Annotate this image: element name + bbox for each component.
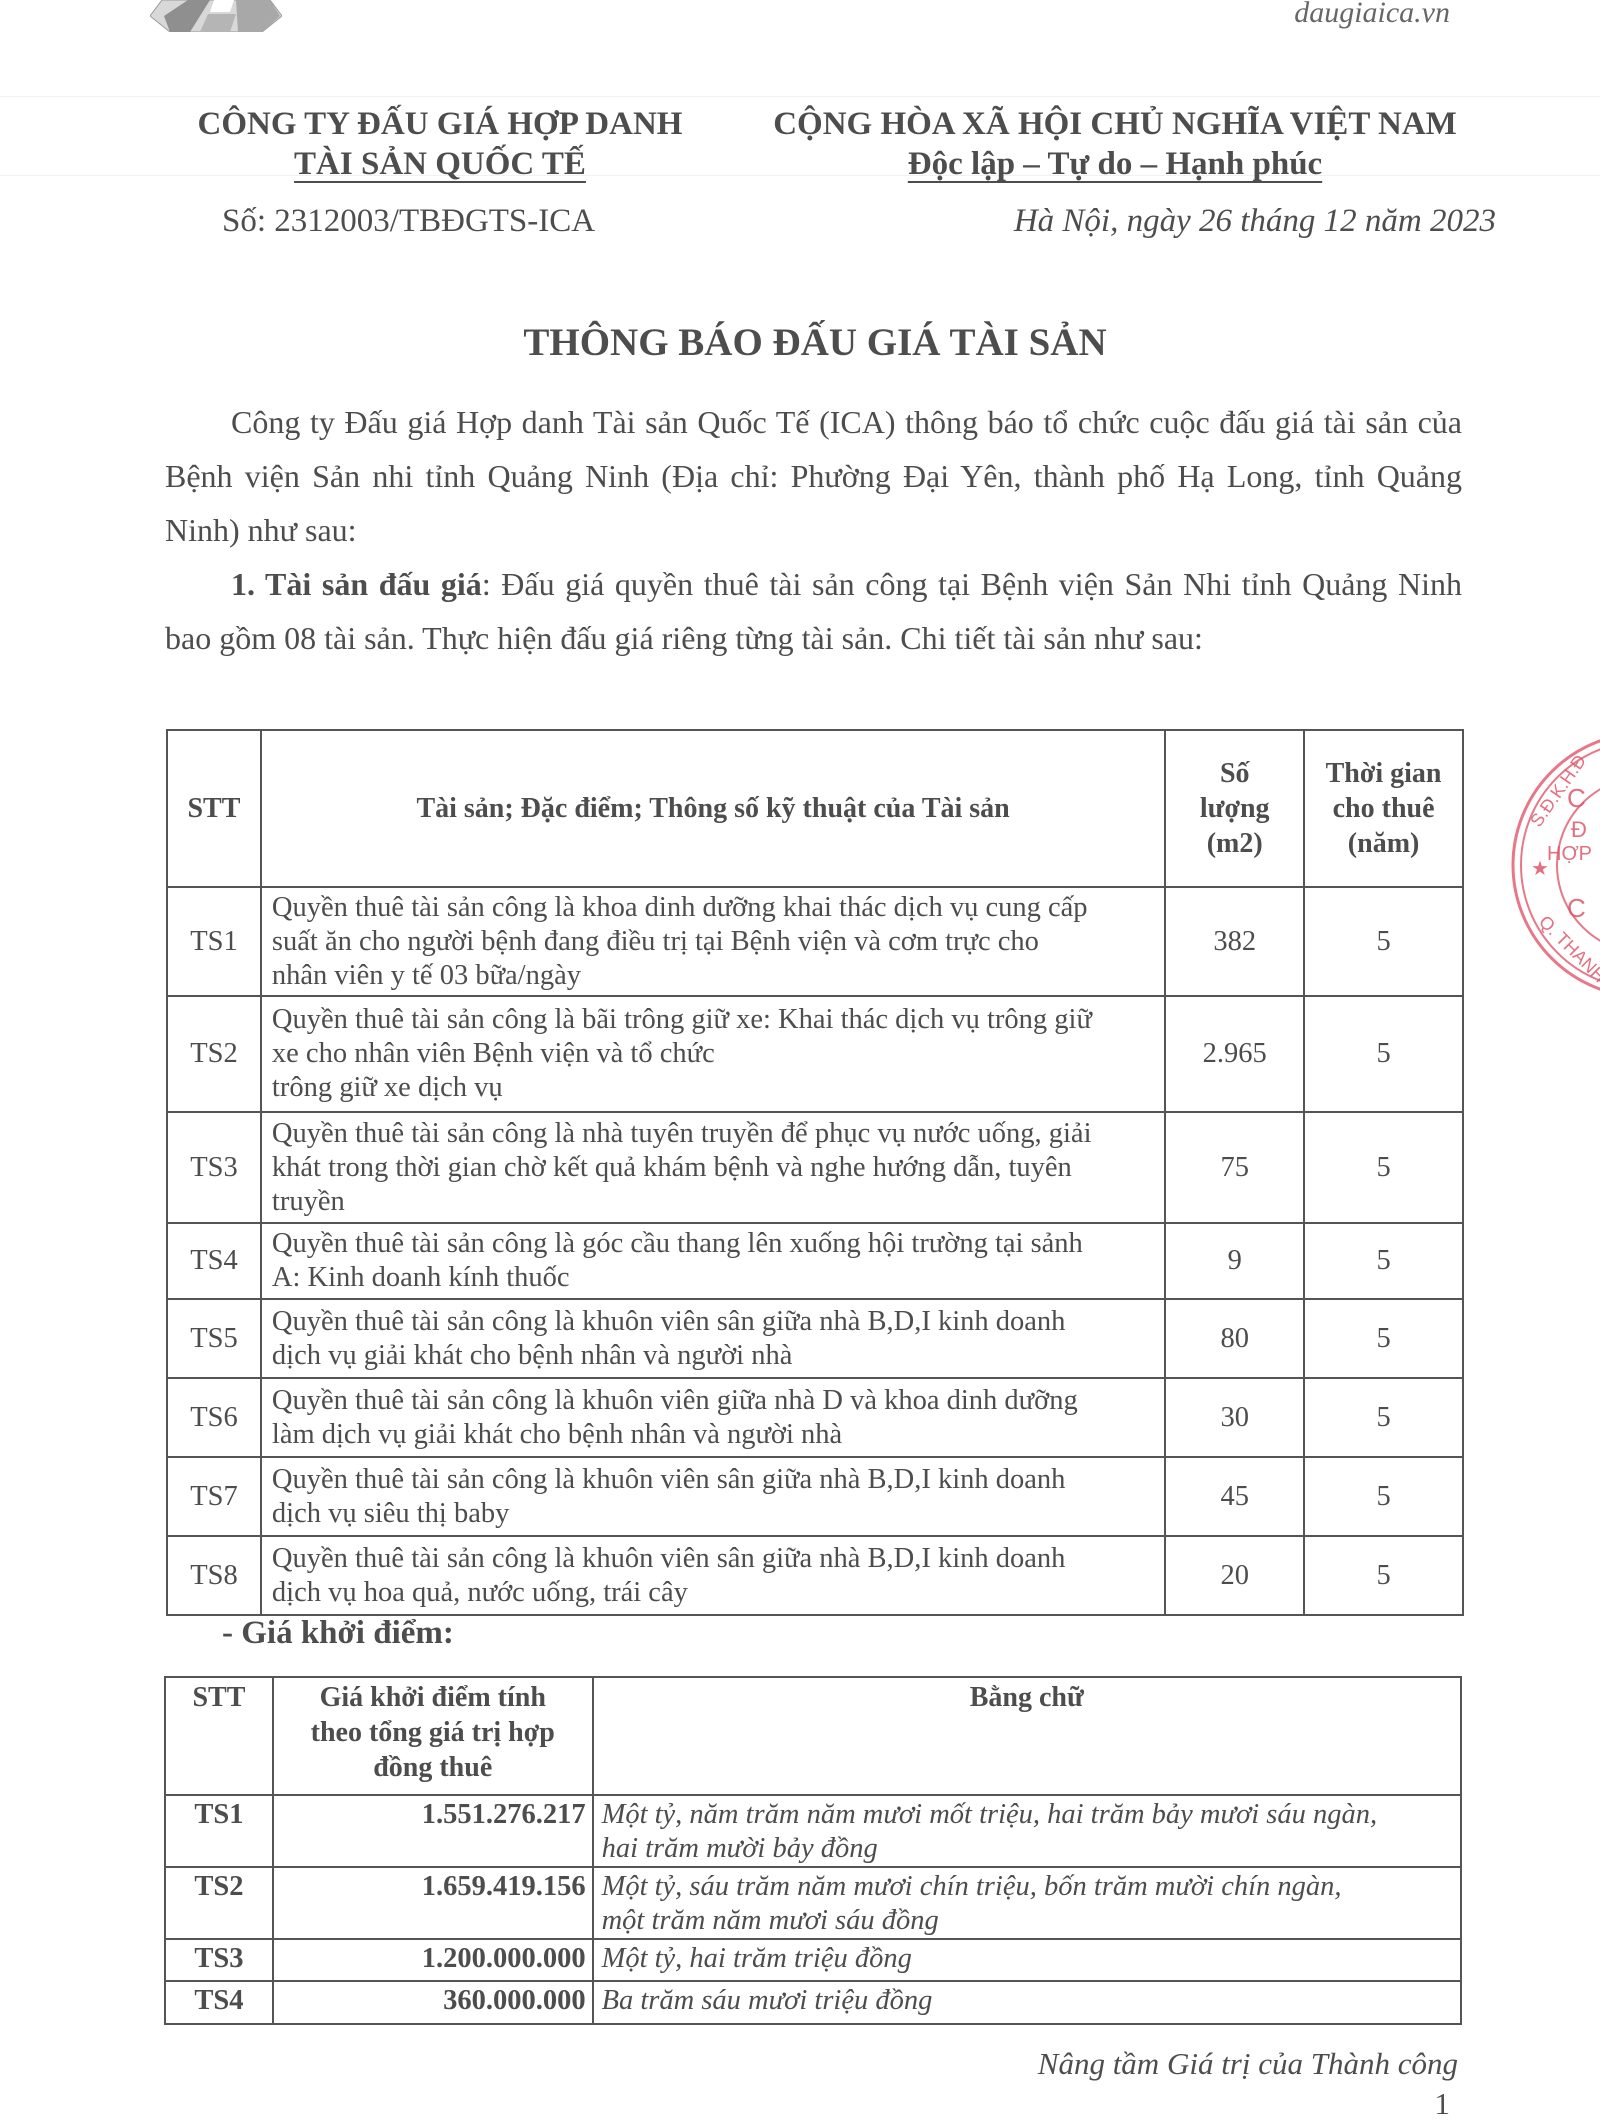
asset-row: TS4Quyền thuê tài sản công là góc cầu th… xyxy=(167,1223,1463,1299)
assets-table-header: STT Tài sản; Đặc điểm; Thông số kỹ thuật… xyxy=(167,730,1463,887)
asset-description-line: Quyền thuê tài sản công là nhà tuyên tru… xyxy=(272,1117,1154,1151)
asset-quantity: 80 xyxy=(1165,1299,1304,1378)
price-amount: 1.200.000.000 xyxy=(273,1939,593,1981)
price-stt: TS2 xyxy=(165,1867,273,1939)
price-header-amount-line: theo tổng giá trị hợp xyxy=(274,1715,592,1750)
asset-description-line: dịch vụ hoa quả, nước uống, trái cây xyxy=(272,1576,1154,1610)
svg-text:HỢP: HỢP xyxy=(1547,843,1592,865)
asset-description: Quyền thuê tài sản công là khuôn viên sâ… xyxy=(261,1457,1165,1536)
price-in-words-line: một trăm năm mươi sáu đồng xyxy=(602,1904,1452,1938)
asset-stt: TS2 xyxy=(167,996,261,1112)
asset-description-line: dịch vụ siêu thị baby xyxy=(272,1497,1154,1531)
asset-description-line: Quyền thuê tài sản công là khuôn viên gi… xyxy=(272,1384,1154,1418)
scan-artifact-line xyxy=(0,96,1600,97)
header-quantity: Số lượng (m2) xyxy=(1165,730,1304,887)
header-term-line: Thời gian xyxy=(1305,756,1462,791)
price-in-words: Một tỷ, năm trăm năm mươi mốt triệu, hai… xyxy=(593,1795,1461,1867)
document-number: Số: 2312003/TBĐGTS-ICA xyxy=(222,203,595,240)
price-in-words-line: hai trăm mười bảy đồng xyxy=(602,1832,1452,1866)
asset-term: 5 xyxy=(1304,1378,1463,1457)
svg-text:Đ: Đ xyxy=(1571,817,1587,842)
intro-paragraph: Công ty Đấu giá Hợp danh Tài sản Quốc Tế… xyxy=(165,395,1462,557)
asset-description-line: A: Kinh doanh kính thuốc xyxy=(272,1261,1154,1295)
starting-price-table: STT Giá khởi điểm tính theo tổng giá trị… xyxy=(164,1676,1462,2025)
asset-quantity: 2.965 xyxy=(1165,996,1304,1112)
asset-row: TS5Quyền thuê tài sản công là khuôn viên… xyxy=(167,1299,1463,1378)
asset-description-line: trông giữ xe dịch vụ xyxy=(272,1071,1154,1105)
asset-stt: TS3 xyxy=(167,1112,261,1223)
asset-stt: TS7 xyxy=(167,1457,261,1536)
header-term-line: cho thuê xyxy=(1305,791,1462,826)
asset-stt: TS6 xyxy=(167,1378,261,1457)
asset-term: 5 xyxy=(1304,996,1463,1112)
price-row: TS21.659.419.156Một tỷ, sáu trăm năm mươ… xyxy=(165,1867,1461,1939)
asset-description: Quyền thuê tài sản công là nhà tuyên tru… xyxy=(261,1112,1165,1223)
asset-row: TS3Quyền thuê tài sản công là nhà tuyên … xyxy=(167,1112,1463,1223)
price-in-words-line: Một tỷ, năm trăm năm mươi mốt triệu, hai… xyxy=(602,1798,1452,1832)
asset-quantity: 75 xyxy=(1165,1112,1304,1223)
motto-text: Độc lập – Tự do – Hạnh phúc xyxy=(908,146,1322,182)
price-in-words: Một tỷ, hai trăm triệu đồng xyxy=(593,1939,1461,1981)
asset-stt: TS5 xyxy=(167,1299,261,1378)
page-title: THÔNG BÁO ĐẤU GIÁ TÀI SẢN xyxy=(0,320,1600,365)
header-term: Thời gian cho thuê (năm) xyxy=(1304,730,1463,887)
red-seal-stamp-icon: ★ S.Đ.K.H.Đ HỢP C Đ C Q. THANH xyxy=(1505,725,1600,1005)
motto-line: Độc lập – Tự do – Hạnh phúc xyxy=(735,144,1495,184)
asset-term: 5 xyxy=(1304,887,1463,996)
price-in-words: Một tỷ, sáu trăm năm mươi chín triệu, bố… xyxy=(593,1867,1461,1939)
section1-paragraph: 1. Tài sản đấu giá: Đấu giá quyền thuê t… xyxy=(165,557,1462,665)
asset-description: Quyền thuê tài sản công là góc cầu thang… xyxy=(261,1223,1165,1299)
asset-description-line: dịch vụ giải khát cho bệnh nhân và người… xyxy=(272,1339,1154,1373)
asset-row: TS2Quyền thuê tài sản công là bãi trông … xyxy=(167,996,1463,1112)
price-header-amount-line: Giá khởi điểm tính xyxy=(274,1680,592,1715)
asset-stt: TS1 xyxy=(167,887,261,996)
price-stt: TS4 xyxy=(165,1981,273,2024)
starting-price-label: - Giá khởi điểm: xyxy=(222,1615,454,1652)
asset-term: 5 xyxy=(1304,1299,1463,1378)
price-in-words-line: Một tỷ, sáu trăm năm mươi chín triệu, bố… xyxy=(602,1870,1452,1904)
asset-term: 5 xyxy=(1304,1457,1463,1536)
asset-row: TS8Quyền thuê tài sản công là khuôn viên… xyxy=(167,1536,1463,1615)
website-url: daugiaica.vn xyxy=(1294,0,1450,30)
asset-description-line: truyền xyxy=(272,1185,1154,1219)
price-amount: 1.551.276.217 xyxy=(273,1795,593,1867)
page-number: 1 xyxy=(1435,2086,1451,2122)
price-row: TS31.200.000.000Một tỷ, hai trăm triệu đ… xyxy=(165,1939,1461,1981)
asset-description-line: Quyền thuê tài sản công là bãi trông giữ… xyxy=(272,1003,1154,1037)
header-quantity-line: (m2) xyxy=(1166,826,1303,861)
asset-description-line: Quyền thuê tài sản công là khuôn viên sâ… xyxy=(272,1305,1154,1339)
document-date: Hà Nội, ngày 26 tháng 12 năm 2023 xyxy=(1014,203,1496,240)
asset-term: 5 xyxy=(1304,1536,1463,1615)
price-table-header: STT Giá khởi điểm tính theo tổng giá trị… xyxy=(165,1677,1461,1795)
asset-description: Quyền thuê tài sản công là bãi trông giữ… xyxy=(261,996,1165,1112)
asset-description-line: xe cho nhân viên Bệnh viện và tổ chức xyxy=(272,1037,1154,1071)
header-term-line: (năm) xyxy=(1305,826,1462,861)
header-stt: STT xyxy=(167,730,261,887)
asset-description-line: khát trong thời gian chờ kết quả khám bệ… xyxy=(272,1151,1154,1185)
price-header-stt: STT xyxy=(165,1677,273,1795)
asset-description-line: làm dịch vụ giải khát cho bệnh nhân và n… xyxy=(272,1418,1154,1452)
asset-description-line: Quyền thuê tài sản công là khuôn viên sâ… xyxy=(272,1463,1154,1497)
asset-description: Quyền thuê tài sản công là khuôn viên gi… xyxy=(261,1378,1165,1457)
asset-quantity: 382 xyxy=(1165,887,1304,996)
price-row: TS11.551.276.217Một tỷ, năm trăm năm mươ… xyxy=(165,1795,1461,1867)
section1-label: 1. Tài sản đấu giá xyxy=(231,566,482,602)
asset-description-line: Quyền thuê tài sản công là khuôn viên sâ… xyxy=(272,1542,1154,1576)
price-row: TS4360.000.000Ba trăm sáu mươi triệu đồn… xyxy=(165,1981,1461,2024)
company-name-line1: CÔNG TY ĐẤU GIÁ HỢP DANH xyxy=(160,104,720,144)
asset-description-line: suất ăn cho người bệnh đang điều trị tại… xyxy=(272,925,1154,959)
price-amount: 1.659.419.156 xyxy=(273,1867,593,1939)
asset-quantity: 9 xyxy=(1165,1223,1304,1299)
asset-row: TS1Quyền thuê tài sản công là khoa dinh … xyxy=(167,887,1463,996)
asset-row: TS6Quyền thuê tài sản công là khuôn viên… xyxy=(167,1378,1463,1457)
price-in-words-line: Một tỷ, hai trăm triệu đồng xyxy=(602,1942,1452,1976)
price-header-amount: Giá khởi điểm tính theo tổng giá trị hợp… xyxy=(273,1677,593,1795)
svg-text:C: C xyxy=(1567,893,1586,923)
national-motto-block: CỘNG HÒA XÃ HỘI CHỦ NGHĨA VIỆT NAM Độc l… xyxy=(735,104,1495,184)
header-quantity-line: Số xyxy=(1166,756,1303,791)
price-in-words: Ba trăm sáu mươi triệu đồng xyxy=(593,1981,1461,2024)
asset-row: TS7Quyền thuê tài sản công là khuôn viên… xyxy=(167,1457,1463,1536)
asset-term: 5 xyxy=(1304,1112,1463,1223)
asset-description: Quyền thuê tài sản công là khoa dinh dưỡ… xyxy=(261,887,1165,996)
asset-quantity: 45 xyxy=(1165,1457,1304,1536)
asset-stt: TS4 xyxy=(167,1223,261,1299)
company-name-line2: TÀI SẢN QUỐC TẾ xyxy=(160,144,720,184)
asset-description-line: Quyền thuê tài sản công là khoa dinh dưỡ… xyxy=(272,891,1154,925)
asset-description-line: Quyền thuê tài sản công là góc cầu thang… xyxy=(272,1227,1154,1261)
svg-text:C: C xyxy=(1567,783,1586,813)
price-amount: 360.000.000 xyxy=(273,1981,593,2024)
price-stt: TS1 xyxy=(165,1795,273,1867)
company-name-line2-text: TÀI SẢN QUỐC TẾ xyxy=(294,146,586,182)
header-quantity-line: lượng xyxy=(1166,791,1303,826)
asset-description-line: nhân viên y tế 03 bữa/ngày xyxy=(272,959,1154,993)
nation-name: CỘNG HÒA XÃ HỘI CHỦ NGHĨA VIỆT NAM xyxy=(735,104,1495,144)
asset-description: Quyền thuê tài sản công là khuôn viên sâ… xyxy=(261,1536,1165,1615)
price-header-words: Bằng chữ xyxy=(593,1677,1461,1795)
asset-term: 5 xyxy=(1304,1223,1463,1299)
price-header-amount-line: đồng thuê xyxy=(274,1750,592,1785)
assets-table: STT Tài sản; Đặc điểm; Thông số kỹ thuật… xyxy=(166,729,1464,1616)
asset-quantity: 20 xyxy=(1165,1536,1304,1615)
asset-stt: TS8 xyxy=(167,1536,261,1615)
asset-quantity: 30 xyxy=(1165,1378,1304,1457)
price-stt: TS3 xyxy=(165,1939,273,1981)
price-in-words-line: Ba trăm sáu mươi triệu đồng xyxy=(602,1984,1452,2018)
ica-logo-icon xyxy=(150,0,282,32)
header-description: Tài sản; Đặc điểm; Thông số kỹ thuật của… xyxy=(261,730,1165,887)
company-name-block: CÔNG TY ĐẤU GIÁ HỢP DANH TÀI SẢN QUỐC TẾ xyxy=(160,104,720,184)
footer-slogan: Nâng tầm Giá trị của Thành công xyxy=(1038,2046,1458,2082)
asset-description: Quyền thuê tài sản công là khuôn viên sâ… xyxy=(261,1299,1165,1378)
